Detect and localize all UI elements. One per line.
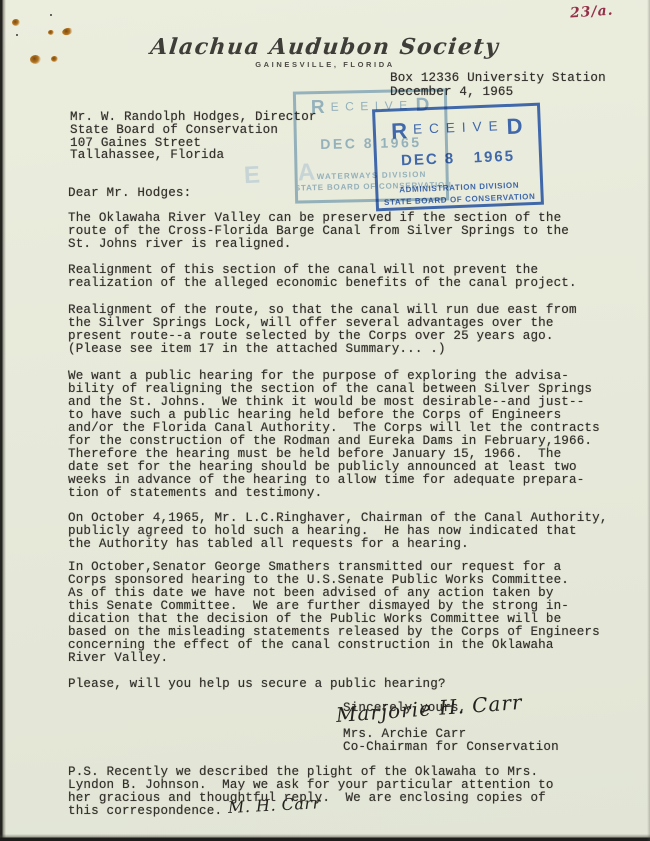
salutation: Dear Mr. Hodges: — [68, 187, 191, 200]
letterhead-organization: Alachua Audubon Society — [0, 34, 650, 60]
stamp-letters-mid: ECEIVE — [413, 118, 505, 137]
return-address: Box 12336 University Station — [390, 72, 606, 85]
scanned-letter-page: 23/a. Alachua Audubon Society GAINESVILL… — [0, 0, 650, 841]
scan-edge-bottom — [0, 834, 650, 841]
stain-speck — [48, 30, 54, 35]
recipient-address-block: Mr. W. Randolph Hodges, Director State B… — [70, 111, 317, 162]
scan-edge-left — [0, 0, 6, 841]
stamp-letter-r: R — [311, 97, 325, 119]
letterhead-location: GAINESVILLE, FLORIDA — [0, 60, 650, 69]
body-paragraph-3: Realignment of the route, so that the ca… — [68, 304, 577, 356]
body-paragraph-5: On October 4,1965, Mr. L.C.Ringhaver, Ch… — [68, 512, 608, 551]
stain-speck — [51, 56, 58, 62]
stain-speck — [16, 34, 18, 36]
body-paragraph-2: Realignment of this section of the canal… — [68, 264, 577, 290]
stain-speck — [50, 14, 52, 16]
stain-speck — [30, 55, 41, 64]
received-stamp-administration: RECEIVED DEC 8 1965 ADMINISTRATION DIVIS… — [372, 103, 544, 212]
body-paragraph-6: In October,Senator George Smathers trans… — [68, 561, 600, 665]
body-paragraph-4: We want a public hearing for the purpose… — [68, 370, 600, 500]
stamp-letter-r: R — [391, 118, 408, 145]
stain-speck — [12, 19, 20, 26]
signer-typed-title: Co-Chairman for Conservation — [343, 741, 559, 754]
body-paragraph-1: The Oklawaha River Valley can be preserv… — [68, 212, 569, 251]
stamp-letter-d: D — [506, 113, 523, 140]
body-paragraph-7: Please, will you help us secure a public… — [68, 678, 446, 691]
handwritten-signature: Marjorie H. Carr — [335, 690, 523, 727]
handwritten-corner-mark: 23/a. — [569, 3, 614, 22]
